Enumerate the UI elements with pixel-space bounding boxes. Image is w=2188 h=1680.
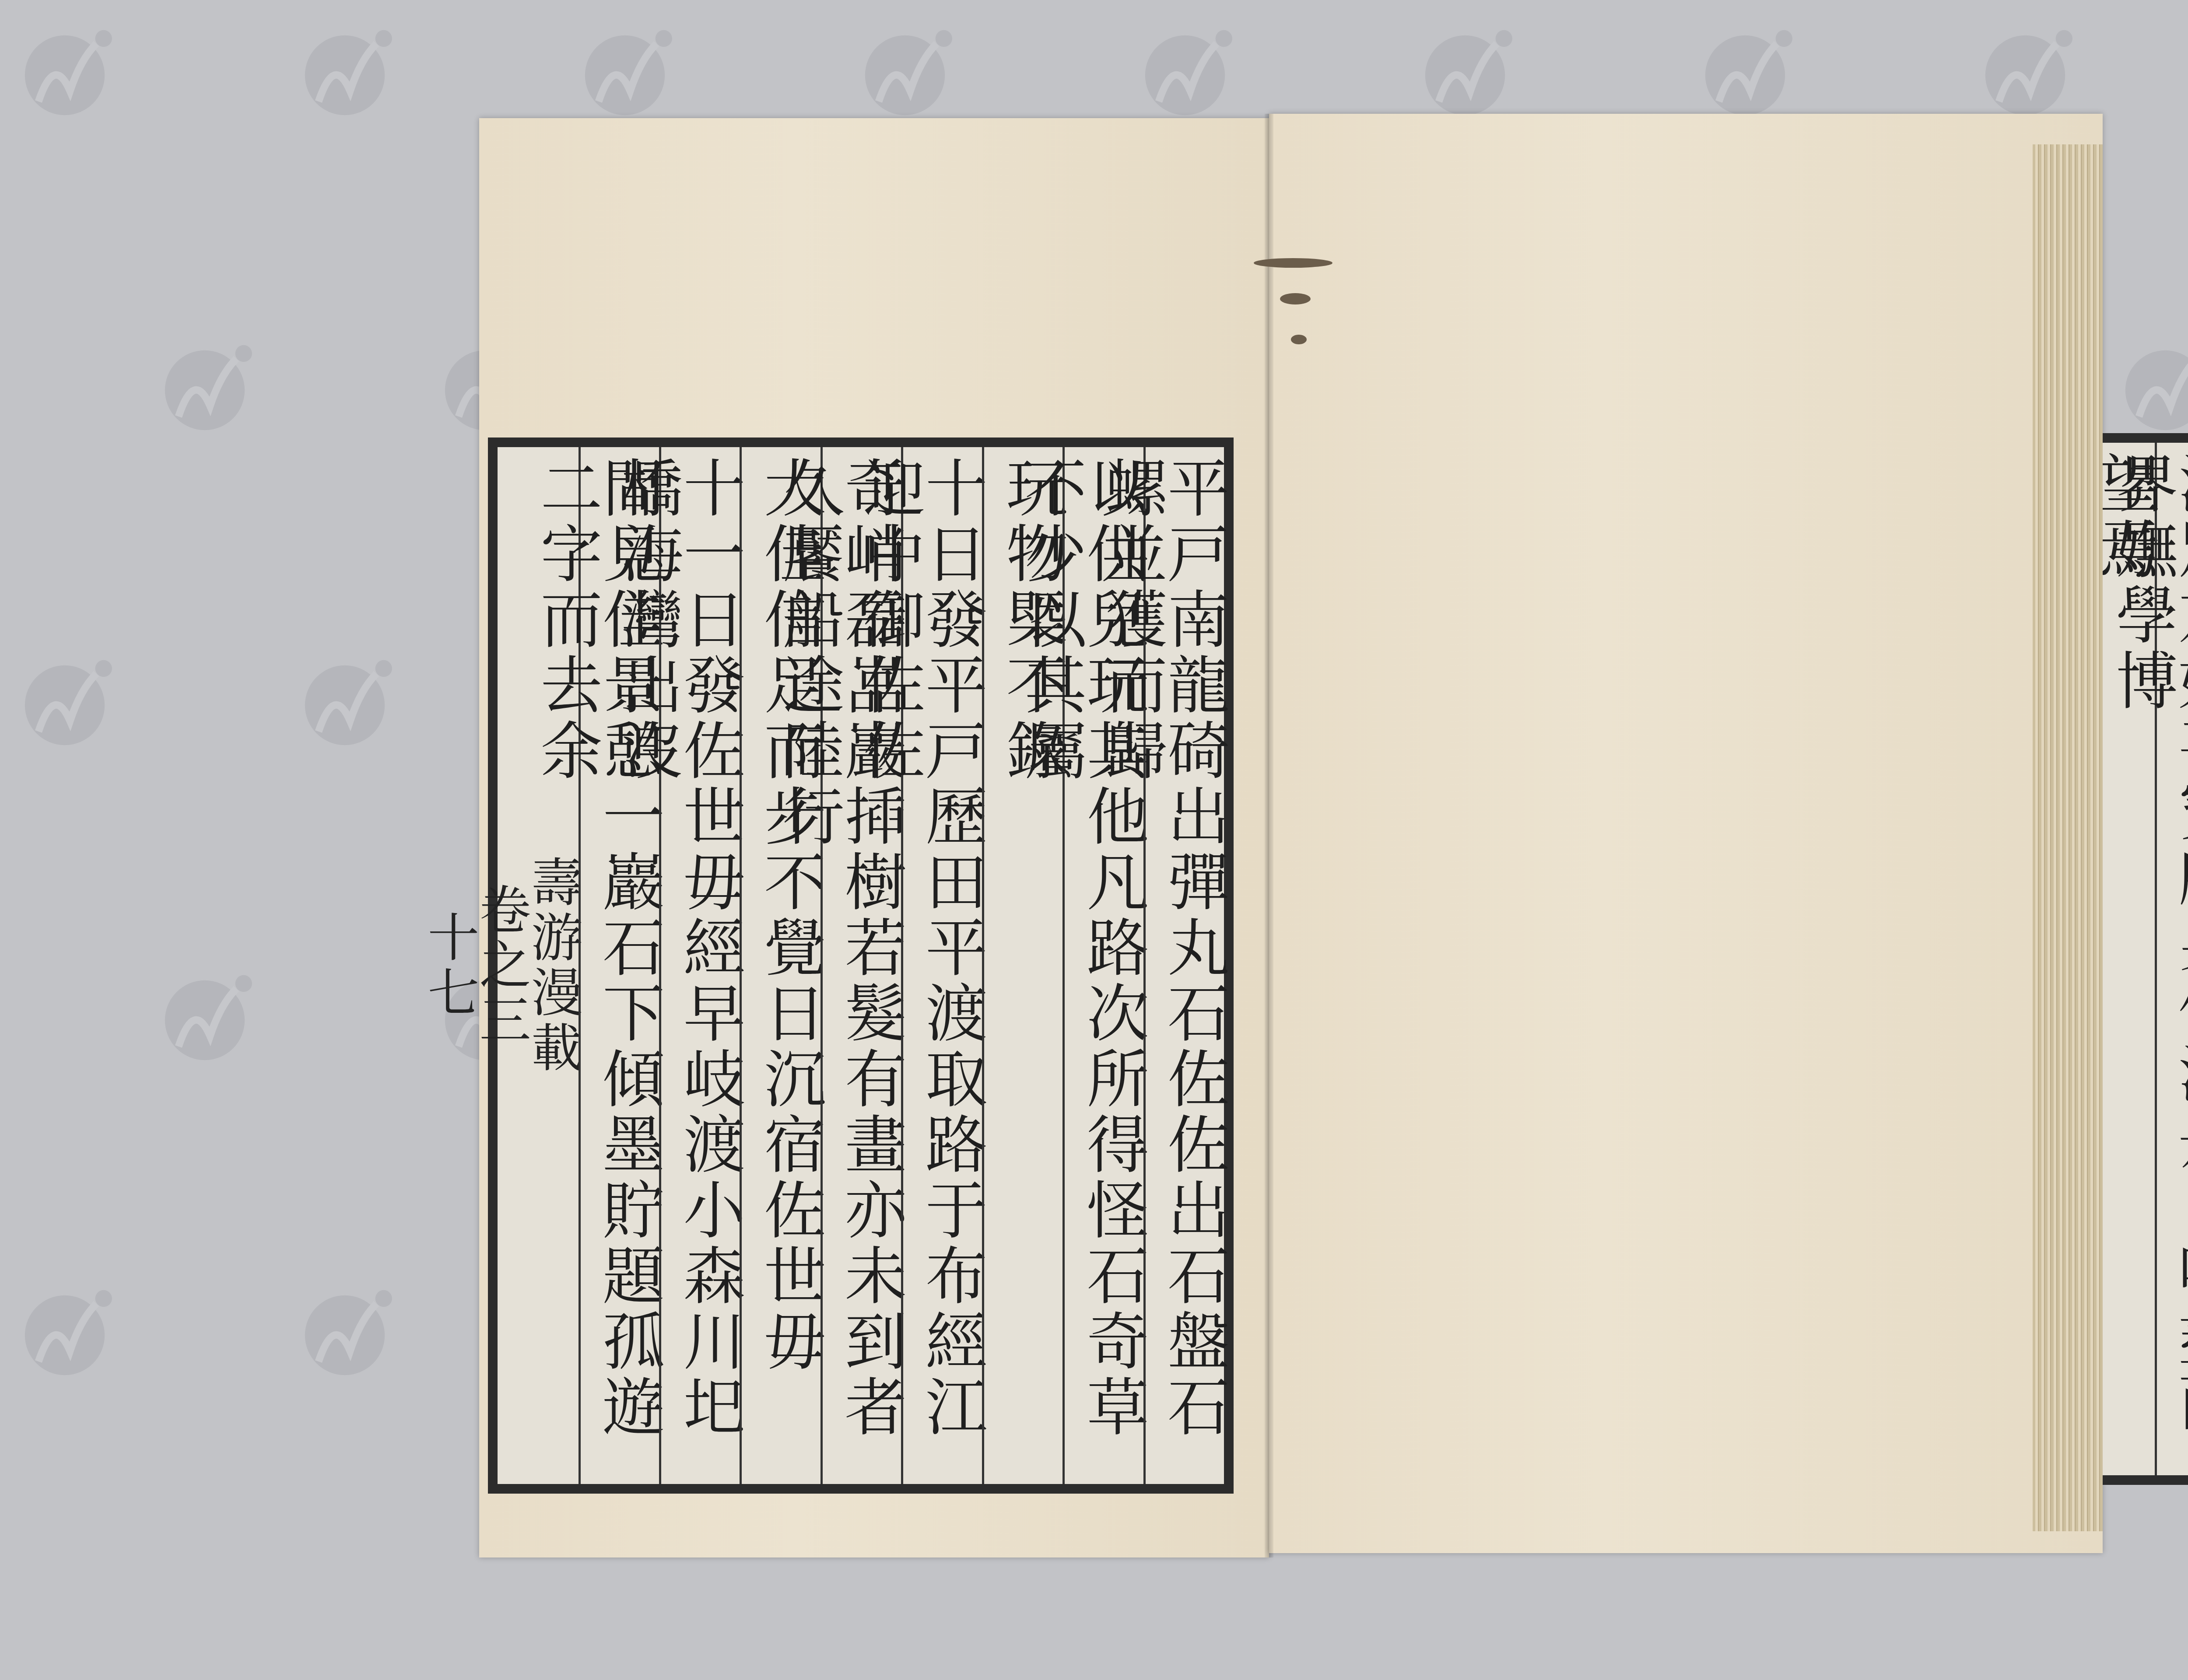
- nishogakusha-logo-icon: [158, 962, 263, 1067]
- book-gutter: [1265, 114, 1273, 1557]
- column-text: 十日發平戸歷田平渡取路于布經江迎中御佐佐: [858, 456, 982, 1484]
- binding-hole-icon: [1254, 258, 1332, 268]
- nishogakusha-logo-icon: [158, 332, 263, 437]
- nishogakusha-logo-icon: [1978, 17, 2083, 122]
- left-page-print-frame: 平戸南龍碕出彈丸石佐佐出石盤石螺並獲而歸 以供兒玩其他凡路次所得怪石奇草不少以其…: [488, 437, 1234, 1494]
- nishogakusha-logo-icon: [858, 17, 963, 122]
- nishogakusha-logo-icon: [18, 647, 123, 752]
- nishogakusha-logo-icon: [578, 17, 683, 122]
- right-page: 游遊漫載 卷之三 十八 濤稍收解繫日暮至平戸宿賈人的野直家 六日造藩中諸舊好話對…: [1269, 114, 2103, 1553]
- nishogakusha-logo-icon: [298, 1277, 403, 1382]
- text-column: 平戸南龍碕出彈丸石佐佐出石盤石螺並獲而歸: [1143, 447, 1224, 1484]
- text-column: 流別友如喪寶顧身似汎舟自唫盡西界嫵學博: [2155, 443, 2188, 1475]
- hanshin-volume: 卷之三: [475, 883, 527, 1048]
- binding-hole-icon: [1280, 293, 1311, 304]
- nishogakusha-logo-icon: [298, 17, 403, 122]
- binding-hole-icon: [1291, 335, 1307, 344]
- nishogakusha-logo-icon: [298, 647, 403, 752]
- nishogakusha-logo-icon: [18, 1277, 123, 1382]
- column-text: 十一日發佐世毋經早岐渡小森川圯橋海灣出沒: [615, 456, 740, 1484]
- left-page: 平戸南龍碕出彈丸石佐佐出石盤石螺並獲而歸 以供兒玩其他凡路次所得怪石奇草不少以其…: [479, 118, 1269, 1557]
- nishogakusha-logo-icon: [18, 17, 123, 122]
- stacked-page-edges: [2033, 144, 2103, 1531]
- column-text: 流別友如喪寶顧身似汎舟自唫盡西界嫵學博: [2110, 451, 2188, 1475]
- hanshin-folio: 十七: [424, 910, 475, 1021]
- nishogakusha-logo-icon: [1418, 17, 1523, 122]
- text-column: 十日發平戸歷田平渡取路于布經江迎中御佐佐: [901, 447, 982, 1484]
- left-page-columns: 平戸南龍碕出彈丸石佐佐出石盤石螺並獲而歸 以供兒玩其他凡路次所得怪石奇草不少以其…: [498, 447, 1224, 1484]
- nishogakusha-logo-icon: [2118, 332, 2188, 437]
- nishogakusha-logo-icon: [1698, 17, 1803, 122]
- text-column: 十一日發佐世毋經早岐渡小森川圯橋海灣出沒: [659, 447, 740, 1484]
- nishogakusha-logo-icon: [1138, 17, 1243, 122]
- open-book: 平戸南龍碕出彈丸石佐佐出石盤石螺並獲而歸 以供兒玩其他凡路次所得怪石奇草不少以其…: [479, 114, 2107, 1553]
- column-text: 平戸南龍碕出彈丸石佐佐出石盤石螺並獲而歸: [1100, 456, 1224, 1484]
